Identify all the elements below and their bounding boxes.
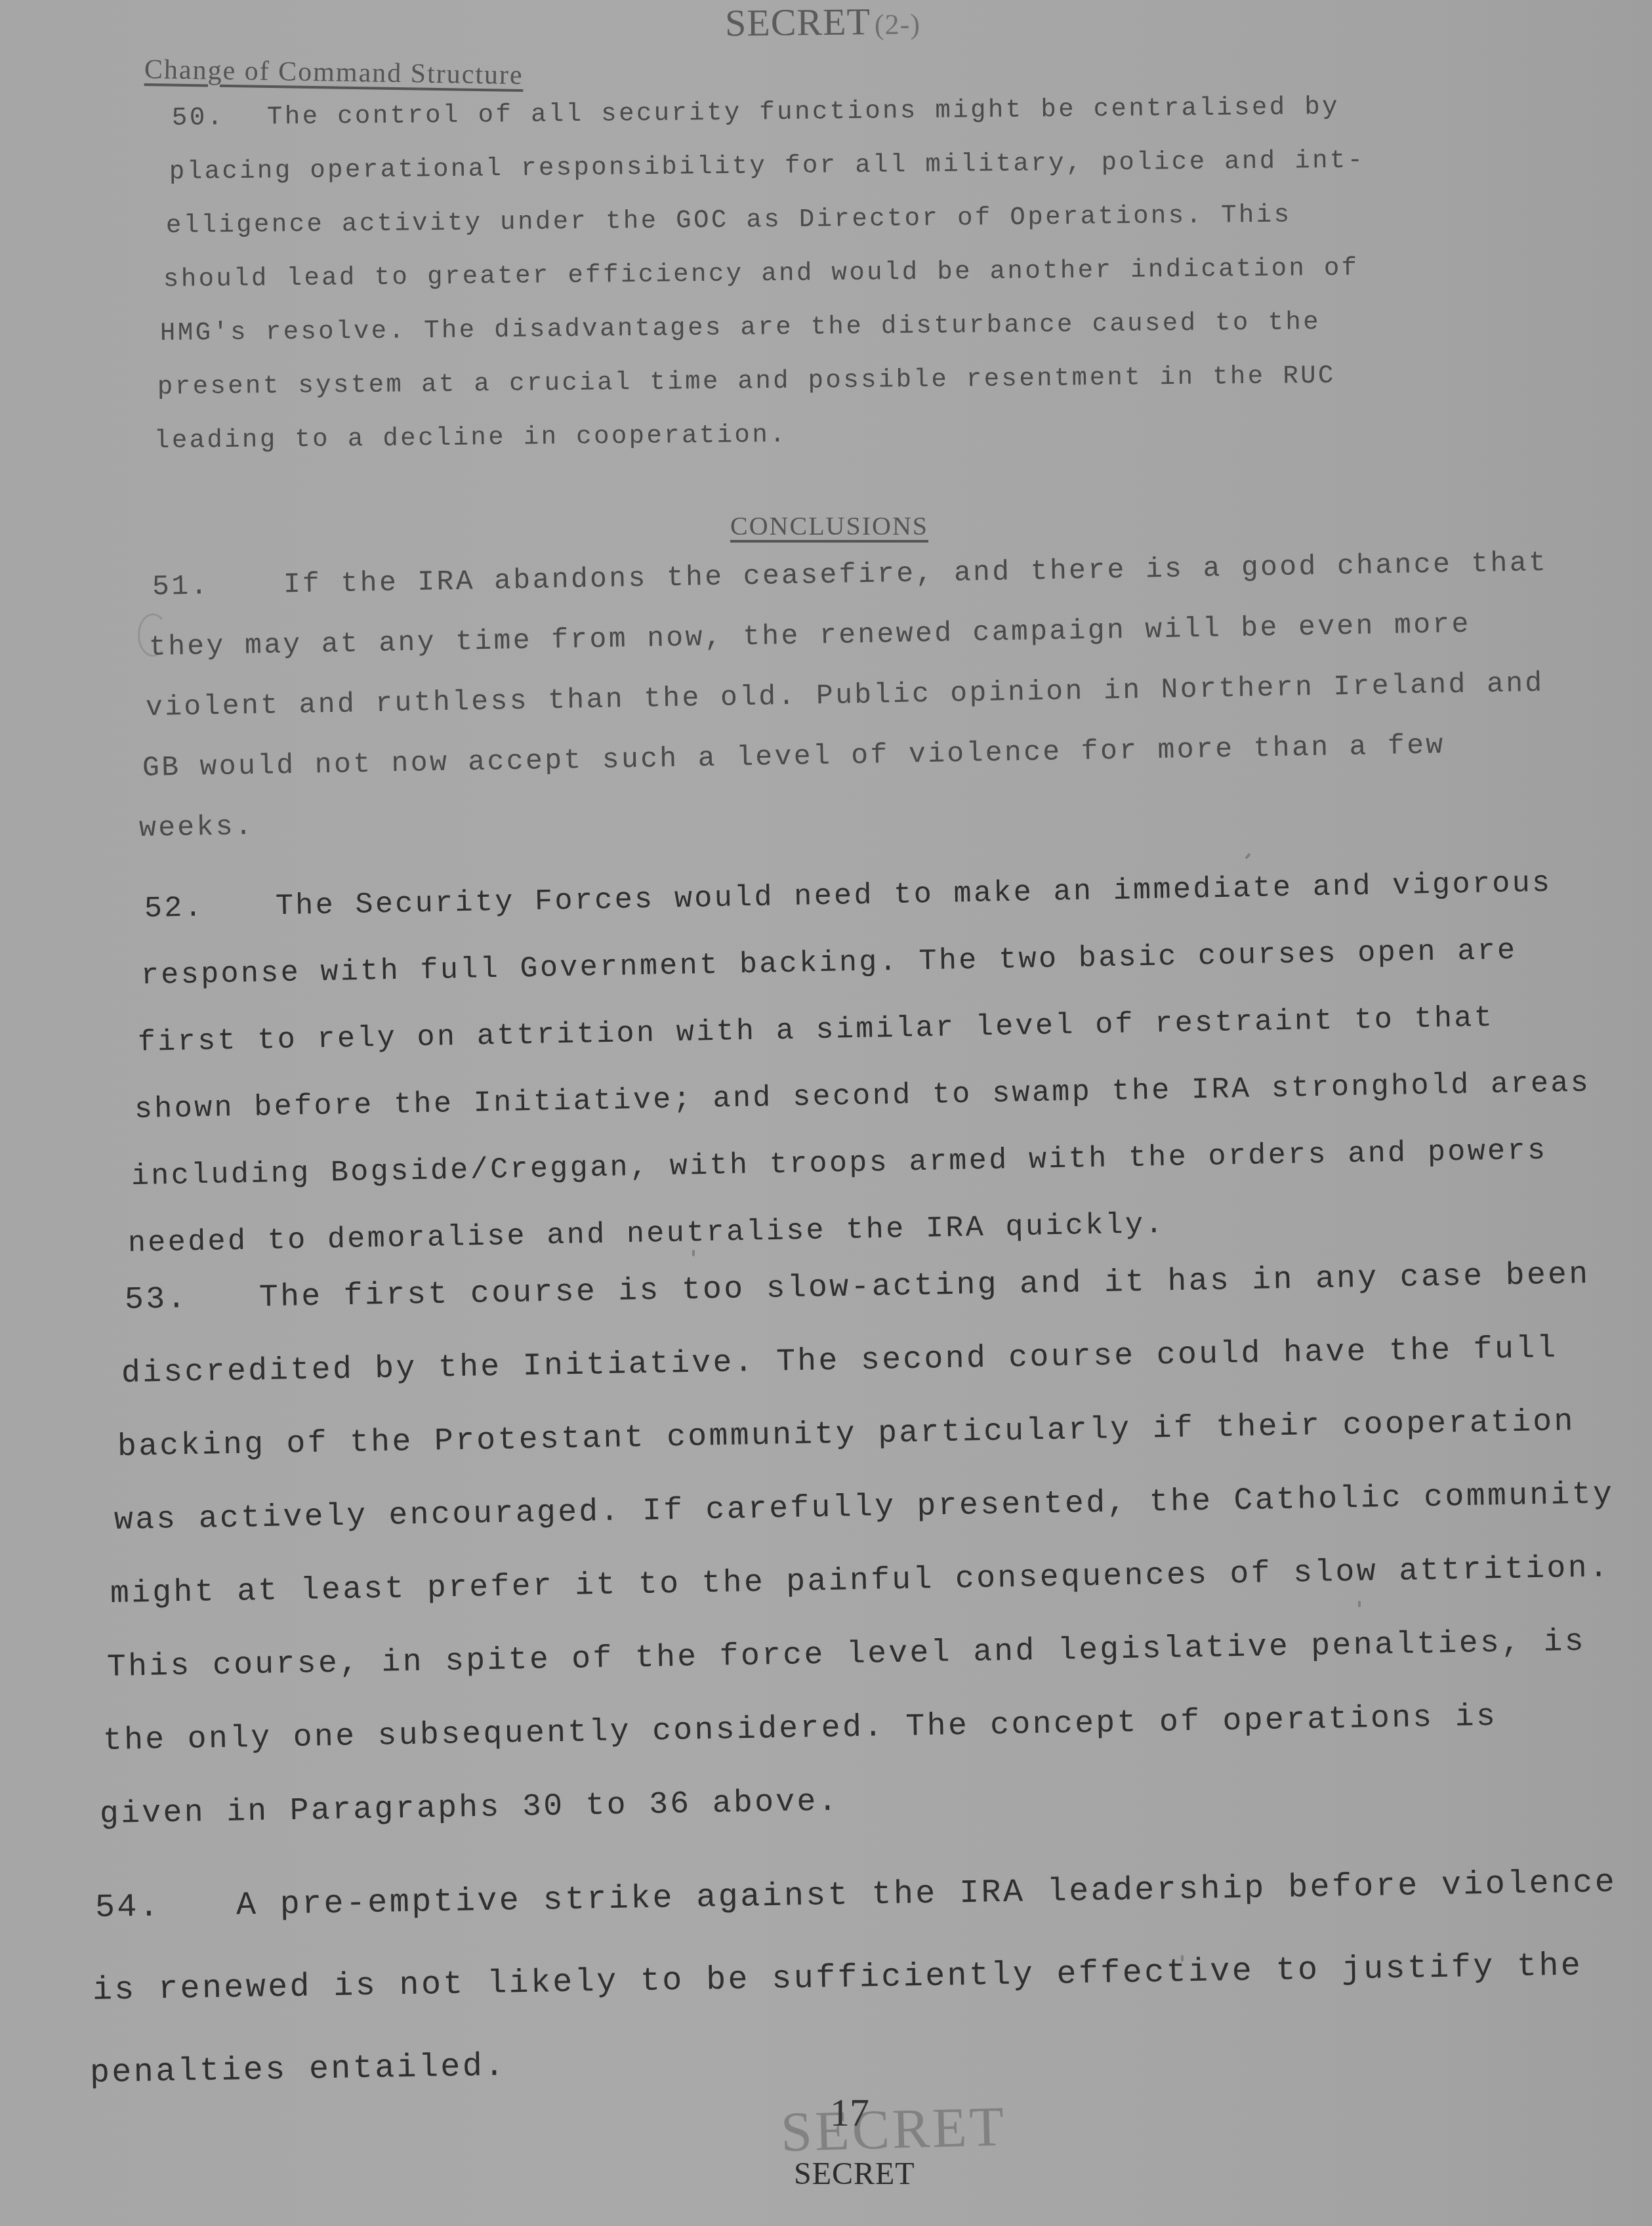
bottom-classification-stamp: SECRET [794,2156,915,2192]
paragraph-line: response with full Government backing. T… [141,934,1518,993]
line-text: weeks. [139,810,255,844]
line-text: was actively encouraged. If carefully pr… [114,1477,1614,1538]
line-text: placing operational responsibility for a… [169,146,1365,186]
document-page: SECRET(2-) Change of Command Structure 5… [0,0,1652,2226]
paragraph-line: is renewed is not likely to be sufficien… [93,1947,1583,2010]
paragraph-line: 50.The control of all security functions… [172,93,1340,133]
faded-classification-stamp: SECRET [780,2093,1008,2165]
line-text: discredited by the Initiative. The secon… [121,1331,1558,1391]
paragraph-line: should lead to greater efficiency and wo… [163,254,1359,294]
paragraph-number: 53. [125,1280,260,1318]
line-text: is renewed is not likely to be sufficien… [93,1947,1583,2010]
line-text: A pre-emptive strike against the IRA lea… [236,1865,1617,1925]
paper-speck [1358,1601,1361,1607]
paragraph-line: was actively encouraged. If carefully pr… [114,1477,1614,1538]
top-classification-stamp: SECRET(2-) [725,0,921,45]
paragraph-line: leading to a decline in cooperation. [154,421,787,455]
line-text: given in Paragraphs 30 to 36 above. [99,1784,839,1832]
paragraph-number: 54. [95,1887,237,1927]
paper-speck [1245,853,1250,859]
paragraph-line: This course, in spite of the force level… [106,1624,1586,1685]
section-heading-command-structure: Change of Command Structure [144,54,524,91]
paragraph-line: given in Paragraphs 30 to 36 above. [99,1784,839,1832]
line-text: leading to a decline in cooperation. [154,421,787,455]
paragraph-line: might at least prefer it to the painful … [110,1550,1611,1612]
paragraph-line: HMG's resolve. The disadvantages are the… [160,308,1321,348]
paragraph-line: including Bogside/Creggan, with troops a… [131,1134,1548,1193]
paragraph-line: 54.A pre-emptive strike against the IRA … [95,1865,1617,1927]
line-text: shown before the Initiative; and second … [134,1066,1591,1126]
paragraph-line: shown before the Initiative; and second … [134,1066,1591,1126]
section-heading-conclusions: CONCLUSIONS [730,510,928,541]
paragraph-line: weeks. [139,810,255,844]
line-text: present system at a crucial time and pos… [157,361,1335,402]
line-text: first to rely on attrition with a simila… [138,1001,1495,1060]
line-text: they may at any time from now, the renew… [149,608,1472,663]
line-text: might at least prefer it to the painful … [110,1550,1611,1612]
paragraph-line: penalties entailed. [90,2048,507,2092]
paragraph-line: they may at any time from now, the renew… [149,608,1472,663]
classification-label: SECRET [725,0,871,44]
line-text: penalties entailed. [90,2048,507,2092]
line-text: The Security Forces would need to make a… [275,867,1552,924]
line-text: backing of the Protestant community part… [117,1404,1576,1465]
paragraph-line: placing operational responsibility for a… [169,146,1365,186]
paper-speck [1181,1955,1184,1962]
line-text: elligence activity under the GOC as Dire… [166,201,1292,240]
line-text: GB would not now accept such a level of … [142,729,1445,784]
line-text: HMG's resolve. The disadvantages are the… [160,308,1321,348]
line-text: should lead to greater efficiency and wo… [163,254,1359,294]
paragraph-line: discredited by the Initiative. The secon… [121,1331,1558,1391]
paragraph-line: first to rely on attrition with a simila… [138,1001,1495,1060]
paragraph-line: needed to demoralise and neutralise the … [128,1208,1166,1260]
line-text: the only one subsequently considered. Th… [103,1699,1498,1759]
paragraph-number: 52. [144,890,276,926]
line-text: needed to demoralise and neutralise the … [128,1208,1166,1260]
line-text: The control of all security functions mi… [267,93,1340,132]
paragraph-line: 53.The first course is too slow-acting a… [125,1257,1591,1318]
paragraph-line: 52.The Security Forces would need to mak… [144,867,1552,926]
line-text: violent and ruthless than the old. Publi… [146,667,1544,724]
paragraph-number: 51. [152,569,284,603]
paragraph-line: elligence activity under the GOC as Dire… [166,201,1292,240]
line-text: This course, in spite of the force level… [106,1624,1586,1685]
paper-speck [692,1250,695,1256]
stamp-reference: (2-) [875,8,920,41]
line-text: The first course is too slow-acting and … [258,1257,1590,1315]
line-text: response with full Government backing. T… [141,934,1518,993]
line-text: If the IRA abandons the ceasefire, and t… [283,546,1548,601]
paragraph-line: present system at a crucial time and pos… [157,361,1335,402]
paragraph-number: 50. [172,103,267,133]
paragraph-line: the only one subsequently considered. Th… [103,1699,1498,1759]
line-text: including Bogside/Creggan, with troops a… [131,1134,1548,1193]
paragraph-line: backing of the Protestant community part… [117,1404,1576,1465]
paragraph-line: GB would not now accept such a level of … [142,729,1445,784]
page-number: 17 [830,2090,869,2135]
paragraph-line: violent and ruthless than the old. Publi… [146,667,1544,724]
paragraph-line: 51.If the IRA abandons the ceasefire, an… [152,546,1548,603]
